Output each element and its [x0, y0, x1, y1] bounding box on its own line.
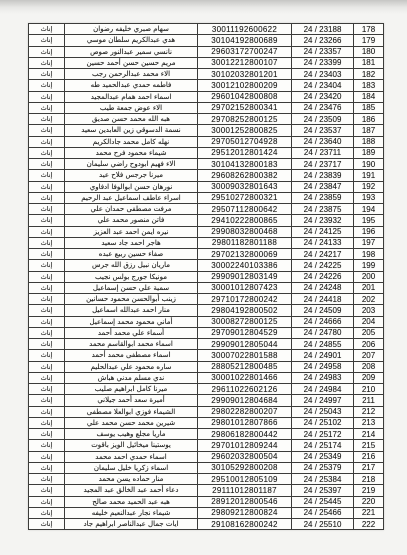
- gender-cell: إناث: [29, 103, 65, 113]
- code-cell: 24 / 24997: [292, 395, 354, 405]
- gender-cell: إناث: [29, 373, 65, 383]
- national-id-cell: 29801012807866: [198, 418, 292, 428]
- serial-cell: 206: [354, 339, 383, 349]
- code-cell: 24 / 25174: [292, 440, 354, 450]
- name-cell: ماريا مجلع وهيب يوسف: [65, 429, 198, 439]
- serial-cell: 210: [354, 384, 383, 394]
- table-row: إناثالشيماء فوزي ابوالعلا مصطفى298022828…: [29, 407, 383, 418]
- code-cell: 24 / 25466: [292, 508, 354, 518]
- table-row: إناثنورهان حسن ابوالوفا ادفاوي3000903280…: [29, 182, 383, 193]
- name-cell: أميرة سعد أحمد جيلاني: [65, 395, 198, 405]
- gender-cell: إناث: [29, 227, 65, 237]
- name-cell: يوستينا ميخائيل الويز باقوت: [65, 440, 198, 450]
- table-row: إناثشيرين محمد حسن محمد علي2980101280786…: [29, 418, 383, 429]
- table-row: إناثاسماء محمد ابوالقاسم محمد29909012805…: [29, 339, 383, 350]
- serial-cell: 192: [354, 182, 383, 192]
- code-cell: 24 / 23932: [292, 215, 354, 225]
- national-id-cell: 29806182800442: [198, 429, 292, 439]
- serial-cell: 181: [354, 58, 383, 68]
- table-row: إناثأميرة سعد أحمد جيلاني299090128046842…: [29, 395, 383, 406]
- table-row: إناثمنار حماده يسن محمد2951001280510924 …: [29, 474, 383, 485]
- serial-cell: 197: [354, 238, 383, 248]
- table-row: إناثمنار احمد عبدالله اسماعيل29804192800…: [29, 305, 383, 316]
- table-row: إناثايات جمال عبدالناصر ابراهيم جاد29108…: [29, 519, 383, 529]
- table-row: إناثاسماء احمد همام عبدالمجيد29601042800…: [29, 92, 383, 103]
- national-id-cell: 30104132800183: [198, 159, 292, 169]
- table-row: إناثهبه الله محمد حسن صديق29708252800125…: [29, 114, 383, 125]
- serial-cell: 180: [354, 47, 383, 57]
- code-cell: 24 / 23357: [292, 47, 354, 57]
- table-row: إناثأماني محمود محمد إسماعيل300082728001…: [29, 317, 383, 328]
- national-id-cell: 30001252800825: [198, 125, 292, 135]
- gender-cell: إناث: [29, 350, 65, 360]
- national-id-cell: 29701012809244: [198, 440, 292, 450]
- serial-cell: 198: [354, 249, 383, 259]
- serial-cell: 190: [354, 159, 383, 169]
- national-id-cell: 29708252800125: [198, 114, 292, 124]
- national-id-cell: 29909012805044: [198, 339, 292, 349]
- national-id-cell: 29603172700247: [198, 47, 292, 57]
- table-row: إناثماريان نبيل رزق الله جرس300022401033…: [29, 260, 383, 271]
- gender-cell: إناث: [29, 238, 65, 248]
- national-id-cell: 29702132800069: [198, 249, 292, 259]
- table-row: إناثسهام صبري خليفه رضوان300111926006222…: [29, 24, 383, 35]
- table-row: إناثالاء فهيم ابودوح راضي سليمان30104132…: [29, 159, 383, 170]
- gender-cell: إناث: [29, 204, 65, 214]
- national-id-cell: 30007022801588: [198, 350, 292, 360]
- code-cell: 24 / 23404: [292, 80, 354, 90]
- name-cell: دعاء أحمد عبد الخالق عبد المجيد: [65, 485, 198, 495]
- serial-cell: 178: [354, 24, 383, 34]
- national-id-cell: 29804192800502: [198, 305, 292, 315]
- name-cell: شيماء محمود فرح محمد: [65, 148, 198, 158]
- national-id-cell: 30104192800689: [198, 35, 292, 45]
- national-id-cell: 30105292800208: [198, 463, 292, 473]
- code-cell: 24 / 25384: [292, 474, 354, 484]
- national-id-cell: 29709012804529: [198, 328, 292, 338]
- name-cell: أماني محمود محمد إسماعيل: [65, 317, 198, 327]
- national-id-cell: 29801182801188: [198, 238, 292, 248]
- gender-cell: إناث: [29, 24, 65, 34]
- name-cell: شيماء نجار عبدالنعيم خليفه: [65, 508, 198, 518]
- gender-cell: إناث: [29, 159, 65, 169]
- name-cell: اسماء زكريا خليل سليمان: [65, 463, 198, 473]
- code-cell: 24 / 24125: [292, 227, 354, 237]
- name-cell: هدي عبدالكريم سلطان موسي: [65, 35, 198, 45]
- code-cell: 24 / 25043: [292, 407, 354, 417]
- name-cell: سهام صبري خليفه رضوان: [65, 24, 198, 34]
- gender-cell: إناث: [29, 215, 65, 225]
- table-row: إناثنهله كامل محمد جادالكريم297050127049…: [29, 137, 383, 148]
- code-cell: 24 / 24666: [292, 317, 354, 327]
- table-row: إناثهبه عبد الحميد محمد صالح289120128005…: [29, 497, 383, 508]
- name-cell: مرفت مصطفى حمدان علي: [65, 204, 198, 214]
- name-cell: أسماء علي محمد أحمد: [65, 328, 198, 338]
- name-cell: فاتن منصور محمد علي: [65, 215, 198, 225]
- gender-cell: إناث: [29, 283, 65, 293]
- gender-cell: إناث: [29, 384, 65, 394]
- scan-top-shade: [0, 0, 407, 14]
- gender-cell: إناث: [29, 317, 65, 327]
- serial-cell: 202: [354, 294, 383, 304]
- name-cell: مونيكا جورج بولس نجيب: [65, 272, 198, 282]
- serial-cell: 204: [354, 317, 383, 327]
- table-row: إناثمرفت مصطفى حمدان علي2950711280064224…: [29, 204, 383, 215]
- serial-cell: 211: [354, 395, 383, 405]
- national-id-cell: 29410222800865: [198, 215, 292, 225]
- gender-cell: إناث: [29, 463, 65, 473]
- serial-cell: 196: [354, 227, 383, 237]
- gender-cell: إناث: [29, 170, 65, 180]
- table-row: إناثدعاء أحمد عبد الخالق عبد المجيد29111…: [29, 485, 383, 496]
- name-cell: هبه الله محمد حسن صديق: [65, 114, 198, 124]
- code-cell: 24 / 24226: [292, 272, 354, 282]
- serial-cell: 191: [354, 170, 383, 180]
- gender-cell: إناث: [29, 114, 65, 124]
- code-cell: 24 / 25102: [292, 418, 354, 428]
- national-id-cell: 29510012805109: [198, 474, 292, 484]
- national-id-cell: 29705012704928: [198, 137, 292, 147]
- table-row: إناثهاجر احمد جاد سعيد2980118280118824 /…: [29, 238, 383, 249]
- code-cell: 24 / 23537: [292, 125, 354, 135]
- table-row: إناثيوستينا ميخائيل الويز باقوت297010128…: [29, 440, 383, 451]
- name-cell: اسماء محمد ابوالقاسم محمد: [65, 339, 198, 349]
- national-id-cell: 29512012801424: [198, 148, 292, 158]
- gender-cell: إناث: [29, 260, 65, 270]
- code-cell: 24 / 24225: [292, 260, 354, 270]
- gender-cell: إناث: [29, 328, 65, 338]
- code-cell: 24 / 23847: [292, 182, 354, 192]
- table-row: إناثمريم حسين حسن أحمد حسين3001221280010…: [29, 58, 383, 69]
- name-cell: نيره ايمن احمد عبد العزيز: [65, 227, 198, 237]
- code-cell: 24 / 24418: [292, 294, 354, 304]
- gender-cell: إناث: [29, 440, 65, 450]
- table-row: إناثميرنا جرجس فلاح عيد2960826280038224 …: [29, 170, 383, 181]
- code-cell: 24 / 24901: [292, 350, 354, 360]
- national-id-cell: 29111012801187: [198, 485, 292, 495]
- table-row: إناثنانسي سمير عبدالنور صوص2960317270024…: [29, 47, 383, 58]
- serial-cell: 194: [354, 204, 383, 214]
- records-table: إناثسهام صبري خليفه رضوان300111926006222…: [28, 23, 384, 530]
- gender-cell: إناث: [29, 294, 65, 304]
- gender-cell: إناث: [29, 452, 65, 462]
- serial-cell: 209: [354, 373, 383, 383]
- table-row: إناثساره محمود علي عبدالحليم288052128004…: [29, 362, 383, 373]
- gender-cell: إناث: [29, 69, 65, 79]
- serial-cell: 195: [354, 215, 383, 225]
- national-id-cell: 29908032800468: [198, 227, 292, 237]
- name-cell: الاء عوض جمعة طيب: [65, 103, 198, 113]
- gender-cell: إناث: [29, 395, 65, 405]
- name-cell: زينب أبوالحسن محمود حسانين: [65, 294, 198, 304]
- national-id-cell: 29608262800382: [198, 170, 292, 180]
- table-row: إناثفاطمه حمدي عبدالحميد طه3001210280020…: [29, 80, 383, 91]
- code-cell: 24 / 23266: [292, 35, 354, 45]
- national-id-cell: 28912012800546: [198, 497, 292, 507]
- gender-cell: إناث: [29, 429, 65, 439]
- serial-cell: 221: [354, 508, 383, 518]
- national-id-cell: 30001012807423: [198, 283, 292, 293]
- name-cell: مريم حسين حسن أحمد حسين: [65, 58, 198, 68]
- table-row: إناثندي مسلم مدني هباش3000102280146624 /…: [29, 373, 383, 384]
- gender-cell: إناث: [29, 125, 65, 135]
- gender-cell: إناث: [29, 474, 65, 484]
- code-cell: 24 / 23476: [292, 103, 354, 113]
- name-cell: شيرين محمد حسن محمد علي: [65, 418, 198, 428]
- table-row: إناثالاء عوض جمعة طيب2970215280034124 / …: [29, 103, 383, 114]
- code-cell: 24 / 25172: [292, 429, 354, 439]
- national-id-cell: 29909012803149: [198, 272, 292, 282]
- code-cell: 24 / 24133: [292, 238, 354, 248]
- name-cell: ساره محمود علي عبدالحليم: [65, 362, 198, 372]
- name-cell: الاء فهيم ابودوح راضي سليمان: [65, 159, 198, 169]
- serial-cell: 189: [354, 148, 383, 158]
- code-cell: 24 / 25349: [292, 452, 354, 462]
- national-id-cell: 29507112800642: [198, 204, 292, 214]
- gender-cell: إناث: [29, 519, 65, 529]
- table-row: إناثهدي عبدالكريم سلطان موسي301041928006…: [29, 35, 383, 46]
- gender-cell: إناث: [29, 249, 65, 259]
- serial-cell: 200: [354, 272, 383, 282]
- serial-cell: 199: [354, 260, 383, 270]
- name-cell: سمية علي حسن إسماعيل: [65, 283, 198, 293]
- name-cell: اسماء احمد همام عبدالمجيد: [65, 92, 198, 102]
- national-id-cell: 29909012804684: [198, 395, 292, 405]
- national-id-cell: 29710172800242: [198, 294, 292, 304]
- national-id-cell: 29809212800824: [198, 508, 292, 518]
- name-cell: اسراء عاطف اسماعيل عبد الرحيم: [65, 193, 198, 203]
- name-cell: هاجر احمد جاد سعيد: [65, 238, 198, 248]
- serial-cell: 217: [354, 463, 383, 473]
- serial-cell: 184: [354, 92, 383, 102]
- code-cell: 24 / 24248: [292, 283, 354, 293]
- national-id-cell: 30012102800209: [198, 80, 292, 90]
- table-row: إناثميرنا كامل ابراهيم صليب2961102260212…: [29, 384, 383, 395]
- code-cell: 24 / 23403: [292, 69, 354, 79]
- national-id-cell: 30012212800107: [198, 58, 292, 68]
- code-cell: 24 / 23711: [292, 148, 354, 158]
- national-id-cell: 30002240103386: [198, 260, 292, 270]
- table-row: إناثفاتن منصور محمد علي2941022280086524 …: [29, 215, 383, 226]
- table-row: إناثاسماء مصطفى محمد أحمد300070228015882…: [29, 350, 383, 361]
- national-id-cell: 29702152800341: [198, 103, 292, 113]
- name-cell: نسمة الدسوقي زين العابدين سعيد: [65, 125, 198, 135]
- serial-cell: 183: [354, 80, 383, 90]
- name-cell: ندي مسلم مدني هباش: [65, 373, 198, 383]
- table-row: إناثصفاء حسين ربيع عبده2970213280006924 …: [29, 249, 383, 260]
- name-cell: منار حماده يسن محمد: [65, 474, 198, 484]
- code-cell: 24 / 23188: [292, 24, 354, 34]
- national-id-cell: 28805212800485: [198, 362, 292, 372]
- name-cell: نانسي سمير عبدالنور صوص: [65, 47, 198, 57]
- table-row: إناثشيماء محمود فرح محمد2951201280142424…: [29, 148, 383, 159]
- gender-cell: إناث: [29, 92, 65, 102]
- code-cell: 24 / 25445: [292, 497, 354, 507]
- code-cell: 24 / 23875: [292, 204, 354, 214]
- name-cell: ميرنا جرجس فلاح عيد: [65, 170, 198, 180]
- gender-cell: إناث: [29, 362, 65, 372]
- name-cell: صفاء حسين ربيع عبده: [65, 249, 198, 259]
- gender-cell: إناث: [29, 137, 65, 147]
- national-id-cell: 30009032801643: [198, 182, 292, 192]
- serial-cell: 214: [354, 429, 383, 439]
- table-row: إناثالاء محمد عبدالرحمن رجب3010203280120…: [29, 69, 383, 80]
- gender-cell: إناث: [29, 80, 65, 90]
- gender-cell: إناث: [29, 339, 65, 349]
- national-id-cell: 29802282800207: [198, 407, 292, 417]
- name-cell: ماريان نبيل رزق الله جرس: [65, 260, 198, 270]
- serial-cell: 193: [354, 193, 383, 203]
- name-cell: فاطمه حمدي عبدالحميد طه: [65, 80, 198, 90]
- name-cell: اسماء حمدي احمد محمد: [65, 452, 198, 462]
- name-cell: ميرنا كامل ابراهيم صليب: [65, 384, 198, 394]
- code-cell: 24 / 24509: [292, 305, 354, 315]
- serial-cell: 208: [354, 362, 383, 372]
- serial-cell: 207: [354, 350, 383, 360]
- gender-cell: إناث: [29, 47, 65, 57]
- table-row: إناثمونيكا جورج بولس نجيب299090128031492…: [29, 272, 383, 283]
- code-cell: 24 / 24984: [292, 384, 354, 394]
- table-row: إناثاسماء حمدي احمد محمد2960203280050424…: [29, 452, 383, 463]
- serial-cell: 216: [354, 452, 383, 462]
- serial-cell: 219: [354, 485, 383, 495]
- serial-cell: 186: [354, 114, 383, 124]
- code-cell: 24 / 25510: [292, 519, 354, 529]
- code-cell: 24 / 23640: [292, 137, 354, 147]
- code-cell: 24 / 24958: [292, 362, 354, 372]
- serial-cell: 179: [354, 35, 383, 45]
- gender-cell: إناث: [29, 497, 65, 507]
- national-id-cell: 29601042800808: [198, 92, 292, 102]
- name-cell: اسماء مصطفى محمد أحمد: [65, 350, 198, 360]
- gender-cell: إناث: [29, 182, 65, 192]
- name-cell: نورهان حسن ابوالوفا ادفاوي: [65, 182, 198, 192]
- serial-cell: 212: [354, 407, 383, 417]
- table-row: إناثسمية علي حسن إسماعيل3000101280742324…: [29, 283, 383, 294]
- gender-cell: إناث: [29, 407, 65, 417]
- code-cell: 24 / 23420: [292, 92, 354, 102]
- code-cell: 24 / 23509: [292, 114, 354, 124]
- code-cell: 24 / 24855: [292, 339, 354, 349]
- code-cell: 24 / 25397: [292, 485, 354, 495]
- table-row: إناثماريا مجلع وهيب يوسف2980618280044224…: [29, 429, 383, 440]
- table-row: إناثزينب أبوالحسن محمود حسانين2971017280…: [29, 294, 383, 305]
- national-id-cell: 30001022801466: [198, 373, 292, 383]
- serial-cell: 185: [354, 103, 383, 113]
- national-id-cell: 30102032801201: [198, 69, 292, 79]
- code-cell: 24 / 23839: [292, 170, 354, 180]
- serial-cell: 182: [354, 69, 383, 79]
- table-row: إناثنيره ايمن احمد عبد العزيز29908032800…: [29, 227, 383, 238]
- gender-cell: إناث: [29, 508, 65, 518]
- gender-cell: إناث: [29, 148, 65, 158]
- table-row: إناثأسماء علي محمد أحمد2970901280452924 …: [29, 328, 383, 339]
- national-id-cell: 29108162800242: [198, 519, 292, 529]
- code-cell: 24 / 24780: [292, 328, 354, 338]
- serial-cell: 203: [354, 305, 383, 315]
- national-id-cell: 30008272800125: [198, 317, 292, 327]
- table-row: إناثاسماء زكريا خليل سليمان3010529280020…: [29, 463, 383, 474]
- name-cell: الشيماء فوزي ابوالعلا مصطفى: [65, 407, 198, 417]
- serial-cell: 188: [354, 137, 383, 147]
- gender-cell: إناث: [29, 35, 65, 45]
- code-cell: 24 / 23717: [292, 159, 354, 169]
- gender-cell: إناث: [29, 485, 65, 495]
- serial-cell: 220: [354, 497, 383, 507]
- serial-cell: 205: [354, 328, 383, 338]
- serial-cell: 201: [354, 283, 383, 293]
- serial-cell: 187: [354, 125, 383, 135]
- table-row: إناثشيماء نجار عبدالنعيم خليفه2980921280…: [29, 508, 383, 519]
- gender-cell: إناث: [29, 305, 65, 315]
- name-cell: هبه عبد الحميد محمد صالح: [65, 497, 198, 507]
- serial-cell: 222: [354, 519, 383, 529]
- gender-cell: إناث: [29, 418, 65, 428]
- name-cell: نهله كامل محمد جادالكريم: [65, 137, 198, 147]
- national-id-cell: 30011192600622: [198, 24, 292, 34]
- national-id-cell: 29510272800321: [198, 193, 292, 203]
- code-cell: 24 / 24983: [292, 373, 354, 383]
- serial-cell: 213: [354, 418, 383, 428]
- name-cell: ايات جمال عبدالناصر ابراهيم جاد: [65, 519, 198, 529]
- code-cell: 24 / 25379: [292, 463, 354, 473]
- national-id-cell: 29611022602126: [198, 384, 292, 394]
- serial-cell: 218: [354, 474, 383, 484]
- gender-cell: إناث: [29, 58, 65, 68]
- name-cell: منار احمد عبدالله اسماعيل: [65, 305, 198, 315]
- gender-cell: إناث: [29, 193, 65, 203]
- national-id-cell: 29602032800504: [198, 452, 292, 462]
- code-cell: 24 / 23859: [292, 193, 354, 203]
- name-cell: الاء محمد عبدالرحمن رجب: [65, 69, 198, 79]
- table-row: إناثاسراء عاطف اسماعيل عبد الرحيم2951027…: [29, 193, 383, 204]
- code-cell: 24 / 24217: [292, 249, 354, 259]
- code-cell: 24 / 23399: [292, 58, 354, 68]
- gender-cell: إناث: [29, 272, 65, 282]
- table-row: إناثنسمة الدسوقي زين العابدين سعيد300012…: [29, 125, 383, 136]
- serial-cell: 215: [354, 440, 383, 450]
